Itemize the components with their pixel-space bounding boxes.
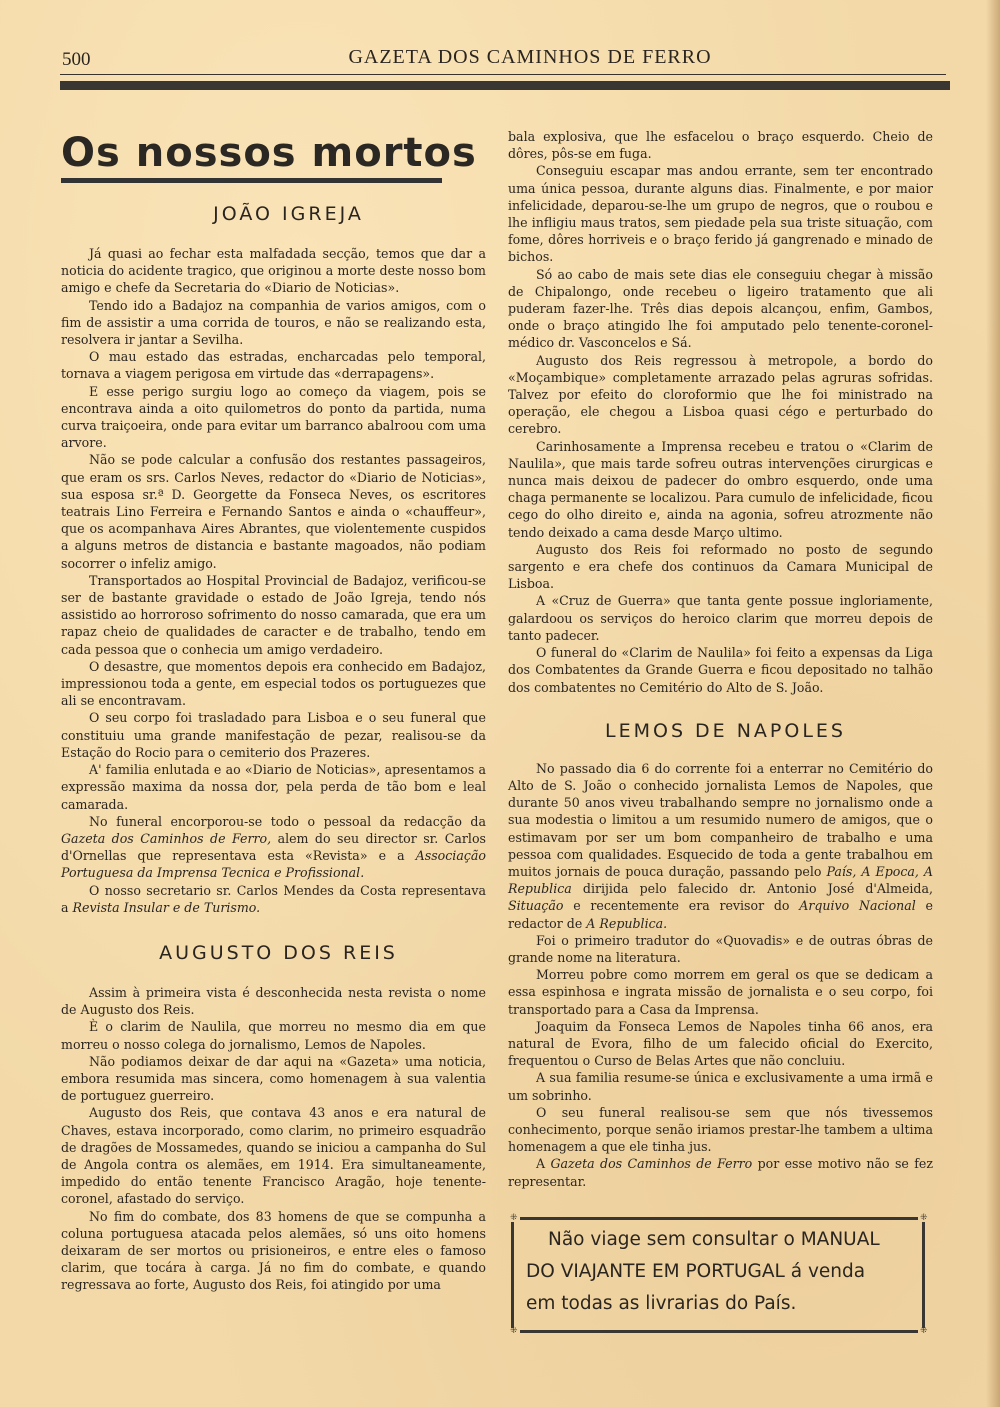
paragraph: O funeral do «Clarim de Naulila» foi fei… [508, 644, 933, 696]
paragraph: Assim à primeira vista é desconhecida ne… [61, 984, 486, 1018]
paragraph: Já quasi ao fechar esta malfadada secção… [61, 245, 486, 297]
publication-name: Gazeta dos Caminhos de Ferro [550, 1156, 752, 1171]
ad-border-left [511, 1222, 514, 1328]
ornament-corner-icon: ⁜ [920, 1327, 929, 1336]
header-thick-rule [60, 81, 950, 90]
paragraph: Conseguiu escapar mas andou errante, sem… [508, 162, 933, 265]
ad-border-bottom [520, 1330, 918, 1333]
text-run: e recentemente era revisor do [563, 898, 799, 913]
text-run: dirijida pelo falecido dr. Antonio José … [572, 881, 933, 896]
ad-border-top [520, 1217, 918, 1220]
advertisement-box: ⁜ ⁜ ⁜ ⁜ Não viage sem consultar o MANUAL… [510, 1214, 928, 1329]
text-run: A [536, 1156, 550, 1171]
ad-border-right [922, 1222, 925, 1328]
ad-line: DO VIAJANTE EM PORTUGAL á venda [526, 1256, 916, 1288]
ad-line: Não viage sem consultar o MANUAL [526, 1224, 916, 1256]
ornament-corner-icon: ⁜ [920, 1214, 929, 1223]
advertisement-text: Não viage sem consultar o MANUAL DO VIAJ… [526, 1224, 916, 1320]
paragraph: Não podiamos deixar de dar aqui na «Gaze… [61, 1053, 486, 1105]
publication-name: Gazeta dos Caminhos de Ferro, [61, 831, 271, 846]
paragraph: Augusto dos Reis regressou à metropole, … [508, 352, 933, 438]
publication-name: Situação [508, 898, 563, 913]
publication-name: Revista Insular e de Turismo. [73, 900, 261, 915]
column-left: Os nossos mortos JOÃO IGREJA Já quasi ao… [61, 130, 486, 1294]
text-run: No passado dia 6 do corrente foi a enter… [508, 761, 933, 879]
section-heading-joao-igreja: JOÃO IGREJA [61, 203, 486, 225]
header-thin-rule [60, 74, 946, 75]
paragraph: Transportados ao Hospital Provincial de … [61, 572, 486, 658]
paragraph: Joaquim da Fonseca Lemos de Napoles tinh… [508, 1018, 933, 1070]
paragraph: No passado dia 6 do corrente foi a enter… [508, 760, 933, 932]
paragraph: Morreu pobre como morrem em geral os que… [508, 966, 933, 1018]
publication-name: A Republica. [586, 916, 667, 931]
paragraph: A Gazeta dos Caminhos de Ferro por esse … [508, 1155, 933, 1189]
paragraph: Tendo ido a Badajoz na companhia de vari… [61, 297, 486, 349]
ornament-corner-icon: ⁜ [510, 1327, 519, 1336]
paragraph: No funeral encorporou-se todo o pessoal … [61, 813, 486, 882]
paragraph: A' familia enlutada e ao «Diario de Noti… [61, 761, 486, 813]
page-edge-shadow [986, 0, 1000, 1407]
ornament-corner-icon: ⁜ [510, 1214, 519, 1223]
paragraph: Carinhosamente a Imprensa recebeu e trat… [508, 438, 933, 541]
title-underline [61, 178, 442, 183]
paragraph: E esse perigo surgiu logo ao começo da v… [61, 383, 486, 452]
paragraph: È o clarim de Naulila, que morreu no mes… [61, 1018, 486, 1052]
text-run: No funeral encorporou-se todo o pessoal … [89, 814, 486, 829]
paragraph: O nosso secretario sr. Carlos Mendes da … [61, 882, 486, 916]
page-header: 500 GAZETA DOS CAMINHOS DE FERRO [60, 44, 950, 74]
column-right: bala explosiva, que lhe esfacelou o braç… [508, 128, 933, 1190]
paragraph: O seu corpo foi trasladado para Lisboa e… [61, 709, 486, 761]
paragraph: Augusto dos Reis, que contava 43 anos e … [61, 1104, 486, 1207]
publication-name: Arquivo Nacional [799, 898, 916, 913]
paragraph: O mau estado das estradas, encharcadas p… [61, 348, 486, 382]
paragraph: Só ao cabo de mais sete dias ele consegu… [508, 266, 933, 352]
paragraph: Foi o primeiro tradutor do «Quovadis» e … [508, 932, 933, 966]
paragraph: O seu funeral realisou-se sem que nós ti… [508, 1104, 933, 1156]
ad-line: em todas as livrarias do País. [526, 1288, 916, 1320]
paragraph-continued: bala explosiva, que lhe esfacelou o braç… [508, 128, 933, 162]
paragraph: A sua familia resume-se única e exclusiv… [508, 1069, 933, 1103]
paragraph: A «Cruz de Guerra» que tanta gente possu… [508, 592, 933, 644]
section-heading-lemos-de-napoles: LEMOS DE NAPOLES [508, 720, 933, 742]
section-heading-augusto-dos-reis: AUGUSTO DOS REIS [61, 942, 486, 964]
paragraph: No fim do combate, dos 83 homens de que … [61, 1208, 486, 1294]
paragraph: Augusto dos Reis foi reformado no posto … [508, 541, 933, 593]
running-title: GAZETA DOS CAMINHOS DE FERRO [60, 46, 950, 69]
paragraph: O desastre, que momentos depois era conh… [61, 658, 486, 710]
paragraph: Não se pode calcular a confusão dos rest… [61, 451, 486, 571]
article-title: Os nossos mortos [61, 130, 486, 176]
